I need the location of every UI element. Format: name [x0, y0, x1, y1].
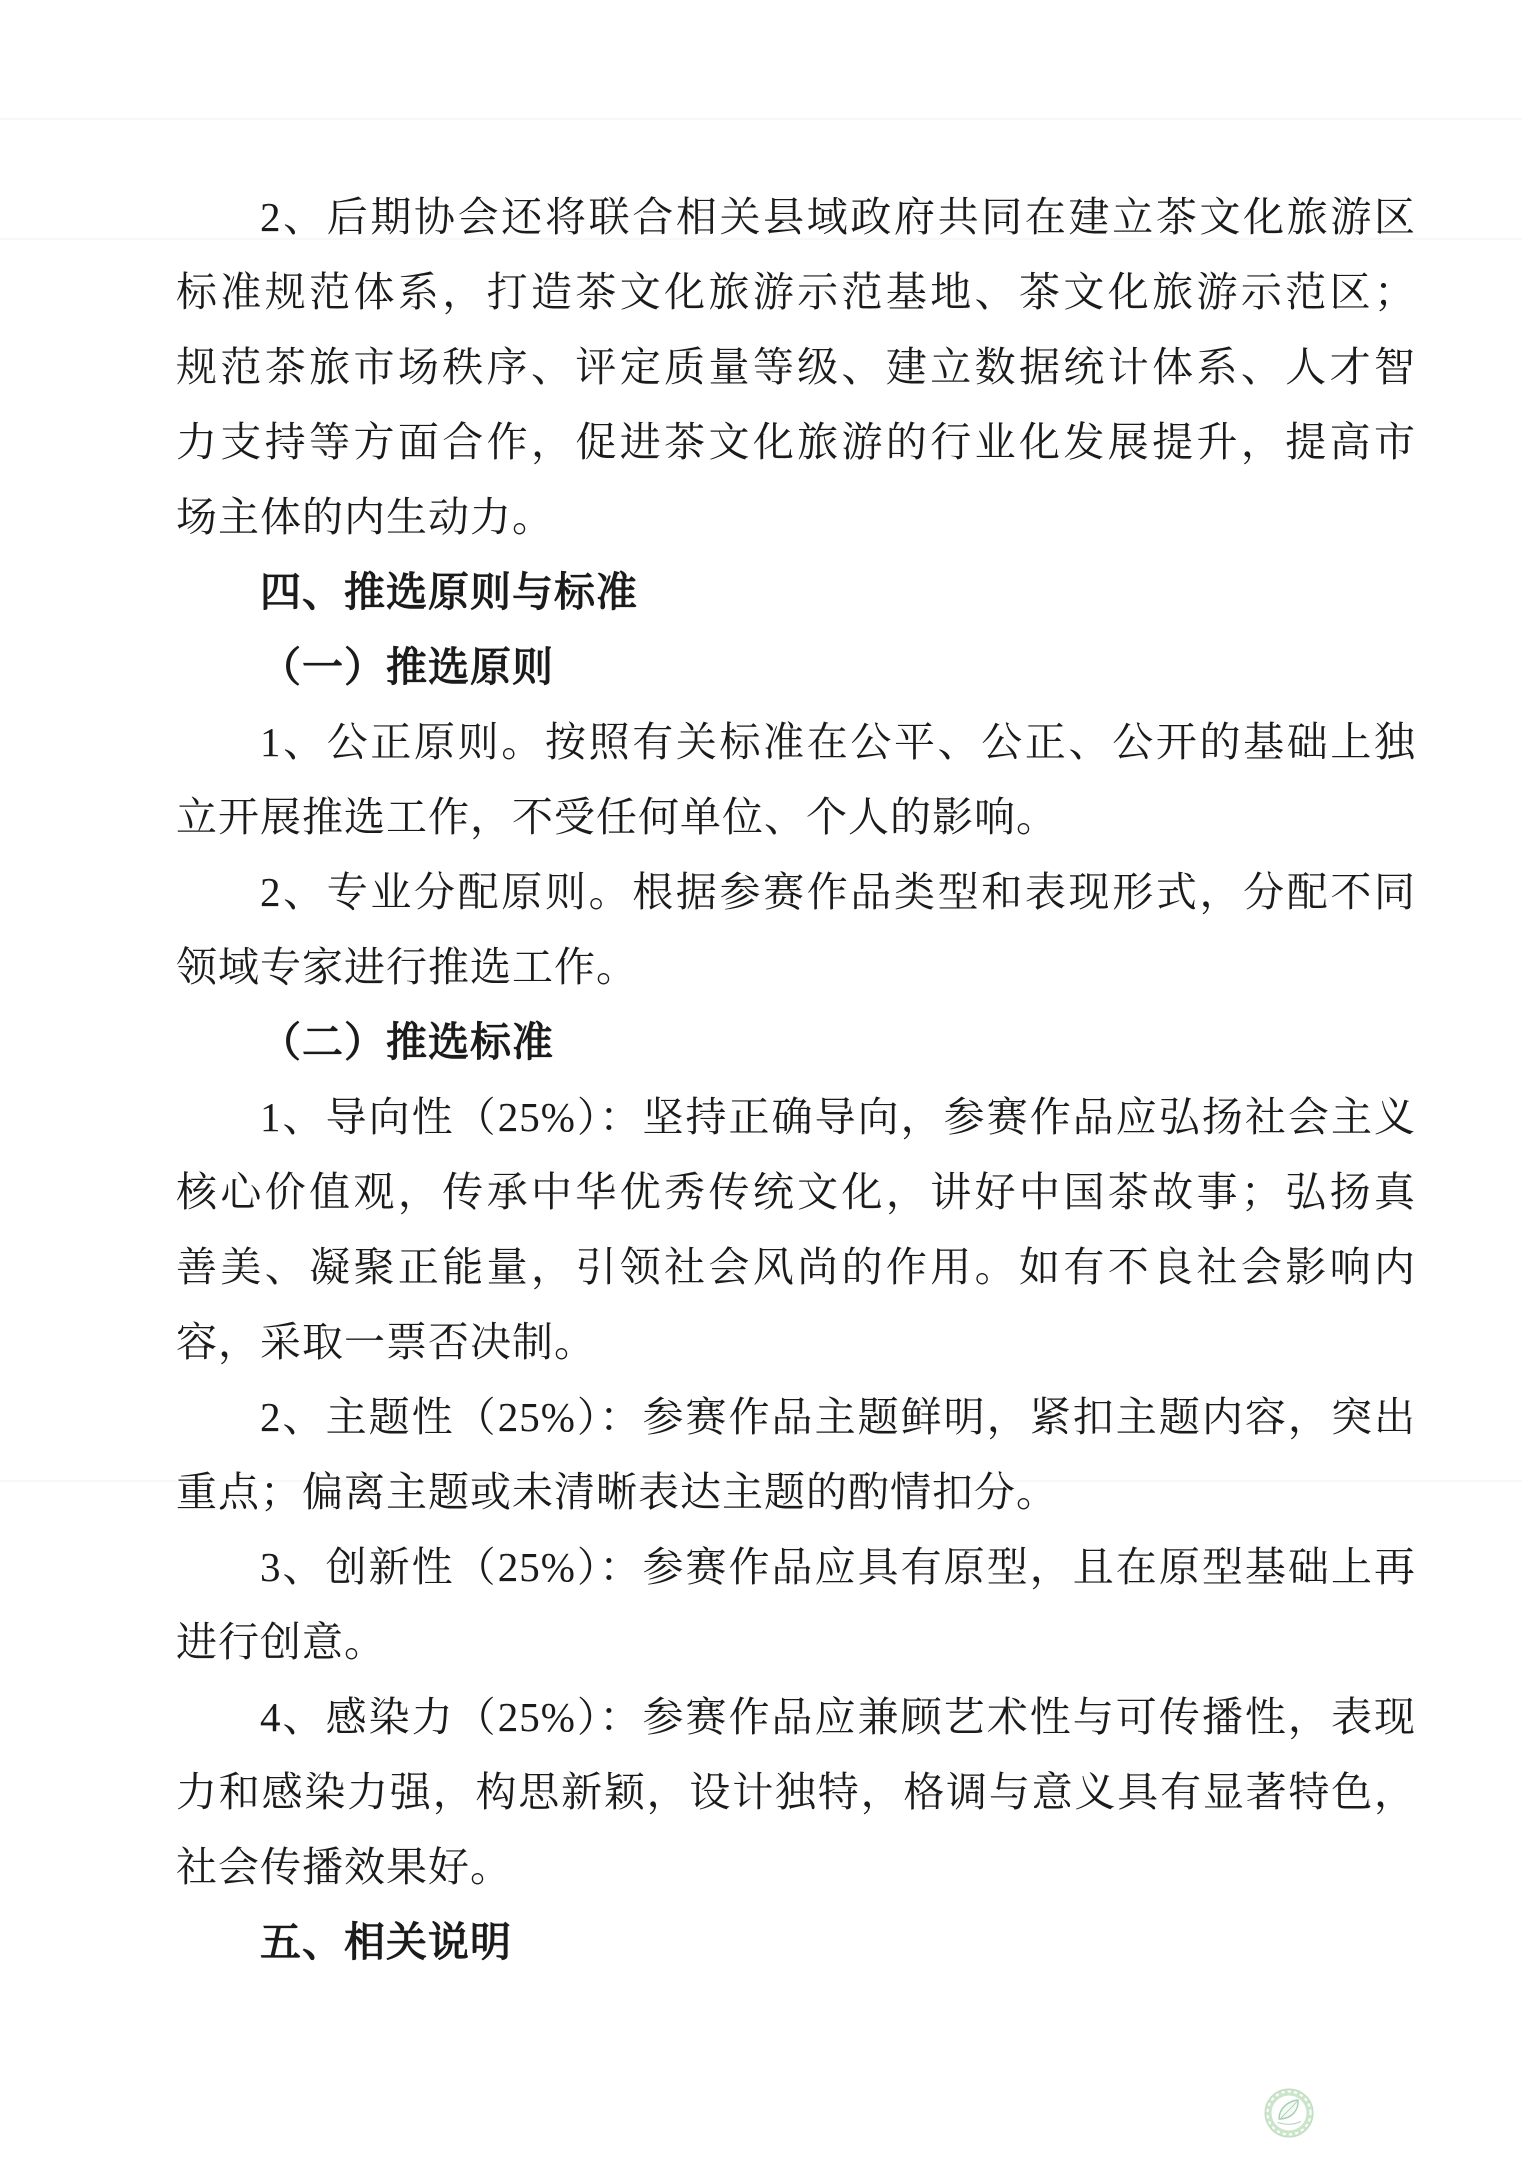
paragraph-line: 1、公正原则。按照有关标准在公平、公正、公开的基础上独	[176, 705, 1416, 780]
paragraph-line: 2、专业分配原则。根据参赛作品类型和表现形式，分配不同	[176, 855, 1416, 930]
paragraph-line: 2、主题性（25%）：参赛作品主题鲜明，紧扣主题内容，突出	[176, 1380, 1416, 1455]
leaf-stamp-icon	[1263, 2087, 1315, 2139]
section-heading: 四、推选原则与标准	[176, 555, 1416, 630]
section-heading: 五、相关说明	[176, 1905, 1416, 1980]
paragraph-line: 3、创新性（25%）：参赛作品应具有原型，且在原型基础上再	[176, 1530, 1416, 1605]
paragraph-line: 容，采取一票否决制。	[176, 1305, 1416, 1380]
paragraph-line: 力和感染力强，构思新颖，设计独特，格调与意义具有显著特色，	[176, 1755, 1416, 1830]
paragraph-line: 领域专家进行推选工作。	[176, 930, 1416, 1005]
paragraph-line: 4、感染力（25%）：参赛作品应兼顾艺术性与可传播性，表现	[176, 1680, 1416, 1755]
paragraph-line: 1、导向性（25%）：坚持正确导向，参赛作品应弘扬社会主义	[176, 1080, 1416, 1155]
subsection-heading: （一）推选原则	[176, 630, 1416, 705]
paragraph-line: 重点；偏离主题或未清晰表达主题的酌情扣分。	[176, 1455, 1416, 1530]
paragraph-line: 善美、凝聚正能量，引领社会风尚的作用。如有不良社会影响内	[176, 1230, 1416, 1305]
paragraph-line: 力支持等方面合作，促进茶文化旅游的行业化发展提升，提高市	[176, 405, 1416, 480]
paragraph-line: 2、后期协会还将联合相关县域政府共同在建立茶文化旅游区	[176, 180, 1416, 255]
paragraph-line: 立开展推选工作，不受任何单位、个人的影响。	[176, 780, 1416, 855]
paragraph-line: 标准规范体系，打造茶文化旅游示范基地、茶文化旅游示范区；	[176, 255, 1416, 330]
paragraph-line: 社会传播效果好。	[176, 1830, 1416, 1905]
paragraph-line: 规范茶旅市场秩序、评定质量等级、建立数据统计体系、人才智	[176, 330, 1416, 405]
document-body: 2、后期协会还将联合相关县域政府共同在建立茶文化旅游区 标准规范体系，打造茶文化…	[176, 180, 1416, 1980]
paragraph-line: 核心价值观，传承中华优秀传统文化，讲好中国茶故事；弘扬真	[176, 1155, 1416, 1230]
document-page: 2、后期协会还将联合相关县域政府共同在建立茶文化旅游区 标准规范体系，打造茶文化…	[0, 0, 1522, 2158]
paragraph-line: 场主体的内生动力。	[176, 480, 1416, 555]
paragraph-line: 进行创意。	[176, 1605, 1416, 1680]
subsection-heading: （二）推选标准	[176, 1005, 1416, 1080]
